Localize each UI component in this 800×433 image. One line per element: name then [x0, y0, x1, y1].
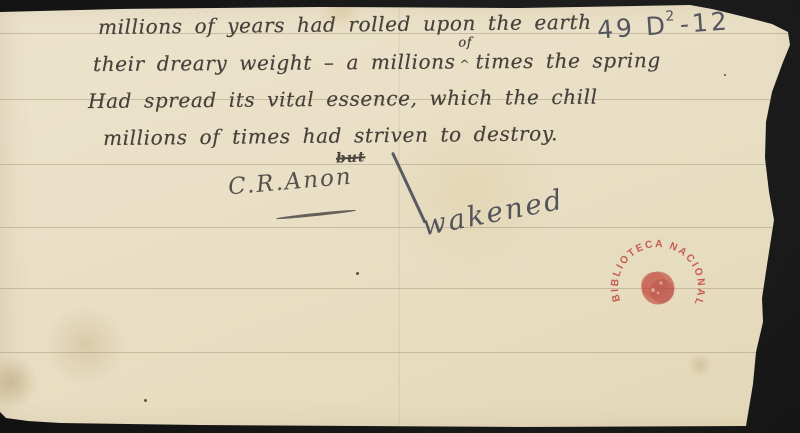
- poem-line-2-text: their dreary weight – a millions: [93, 49, 456, 76]
- stamp-emblem-texture: [651, 288, 655, 292]
- catalog-suffix: -12: [679, 6, 731, 38]
- annotation-wakened: wakened: [419, 183, 567, 243]
- insertion-caret: ^: [459, 57, 470, 71]
- stamp-emblem-texture: [657, 292, 660, 295]
- stamp-emblem-texture: [659, 281, 662, 284]
- paper-speck: [724, 74, 726, 76]
- photo-background: millions of years had rolled upon the ea…: [0, 0, 800, 433]
- poem-line-2-continuation: times the spring: [475, 48, 660, 73]
- poem-line-1: millions of years had rolled upon the ea…: [98, 10, 592, 39]
- catalog-exponent: 2: [665, 8, 678, 25]
- signature-name: C.R.Anon: [227, 164, 354, 201]
- poem-line-4: millions of times had striven to destroy…: [103, 121, 558, 150]
- manuscript-paper: millions of years had rolled upon the ea…: [0, 0, 800, 433]
- inserted-word-text: of: [458, 35, 472, 50]
- catalog-number: 49 D2-12: [596, 6, 730, 44]
- paper-speck: [356, 272, 359, 275]
- inserted-word: of^: [455, 48, 475, 68]
- catalog-prefix: 49 D: [596, 11, 669, 45]
- ruled-line: [0, 352, 800, 353]
- poem-line-2: their dreary weight – a millionsof^times…: [93, 47, 661, 76]
- signature-underline: [276, 209, 356, 220]
- paper-speck: [144, 399, 147, 402]
- poem-line-3: Had spread its vital essence, which the …: [88, 85, 598, 113]
- ruled-line: [0, 164, 800, 165]
- library-stamp: BIBLIOTECA NACIONAL: [598, 227, 718, 347]
